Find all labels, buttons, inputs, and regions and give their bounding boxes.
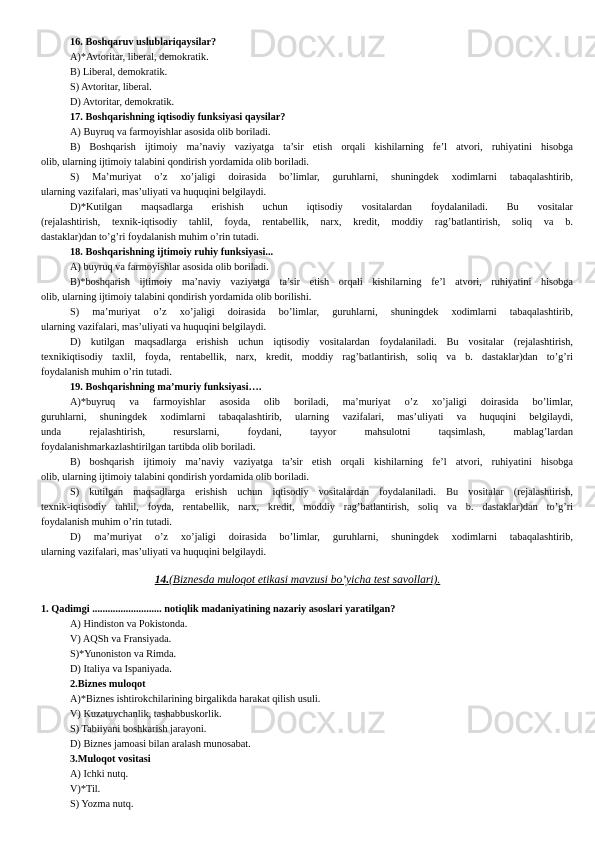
answer-cont: foydalanish muhim o’rin tutadi. [41,367,573,379]
question-3: 3.Muloqot vositasi [70,754,151,766]
answer-cont: texnik-iqtisodiy tahlil, foyda, rentabel… [41,502,573,514]
answer: A) Buyruq va farmoyishlar asosida olib b… [70,127,270,139]
answer-cont: dastaklar)dan to’g’ri foydalanish muhim … [41,232,573,244]
answer: V) Kuzatuvchanlik, tashabbuskorlik. [70,709,222,721]
answer-cont: ularning vazifalari, mas’uliyati va huqu… [41,187,573,199]
answer: D) ma’muriyat o’z xo’jaligi doirasida bo… [41,532,573,544]
question-18: 18. Boshqarishning ijtimoiy ruhiy funksi… [70,247,273,259]
answer-cont: guruhlarni, shuningdek xodimlarni tabaqa… [41,412,573,424]
answer-cont: foydalanish muhim o’rin tutadi. [41,517,573,529]
watermark: Docx.uz [465,700,595,740]
answer: D) Avtoritar, demokratik. [70,97,174,109]
answer: S) Ma’muriyat o’z xo’jaligi doirasida bo… [41,172,573,184]
watermark: Docx.uz [248,700,386,740]
answer: S) Avtoritar, liberal. [70,82,152,94]
answer: D) Biznes jamoasi bilan aralash munosaba… [70,739,251,751]
answer-cont: texnikiqtisodiy taxlil, foyda, rentabell… [41,352,573,364]
watermark: Docx.uz [248,24,386,64]
answer: V) AQSh va Fransiyada. [70,634,171,646]
answer: S) Yozma nutq. [70,799,134,811]
answer: A)*Biznes ishtirokchilarining birgalikda… [70,694,320,706]
answer-cont: unda rejalashtirish, resurslarni, foydan… [41,427,573,439]
question-16: 16. Boshqaruv uslublariqaysilar? [70,37,216,49]
answer-cont: olib, ularning ijtimoiy talabini qondiri… [41,472,573,484]
section-title: 14.(Biznesda muloqot etikasi mavzusi bo’… [0,574,595,586]
section-text: (Biznesda muloqot etikasi mavzusi bo’yic… [169,574,440,586]
answer: S)*Yunoniston va Rimda. [70,649,176,661]
answer: S) kutilgan maqsadlarga erishish uchun i… [41,487,573,499]
answer-cont: (rejalashtirish, texnik-iqtisodiy tahlil… [41,217,573,229]
watermark: Docx.uz [465,24,595,64]
answer-cont: ularning vazifalari, mas’uliyati va huqu… [41,322,573,334]
answer: B) boshqarish ijtimoiy ma’naviy vaziyatg… [41,457,573,469]
answer: A)*buyruq va farmoyishlar asosida olib b… [41,397,573,409]
answer: D) kutilgan maqsadlarga erishish uchun i… [41,337,573,349]
answer: A) Hindiston va Pokistonda. [70,619,187,631]
answer: A) buyruq va farmoyishlar asosida olib b… [70,262,269,274]
answer-cont: foydalanishmarkazlashtirilgan tartibda o… [41,442,573,454]
answer: B)*boshqarish ijtimoiy ma’naviy vaziyatg… [41,277,573,289]
answer: S) Tabiiyani boshkarish jarayoni. [70,724,206,736]
answer: D)*Kutilgan maqsadlarga erishish uchun i… [41,202,573,214]
answer: B) Liberal, demokratik. [70,67,167,79]
answer: D) Italiya va Ispaniyada. [70,664,172,676]
answer-cont: ularning vazifalari, mas’uliyati va huqu… [41,547,573,559]
answer: A)*Avtoritar, liberal, demokratik. [70,52,209,64]
question-19: 19. Boshqarishning ma’muriy funksiyasi…. [70,382,261,394]
question-2: 2.Biznes muloqot [70,679,146,691]
answer: B) Boshqarish ijtimoiy ma’naviy vaziyatg… [41,142,573,154]
question-1: 1. Qadimgi ........................... n… [41,604,395,616]
section-number: 14. [155,574,169,586]
answer: V)*Til. [70,784,100,796]
answer: S) ma’muriyat o’z xo’jaligi doirasida bo… [41,307,573,319]
answer-cont: olib, ularning ijtimoiy talabini qondiri… [41,292,573,304]
question-17: 17. Boshqarishning iqtisodiy funksiyasi … [70,112,285,124]
answer: A) Ichki nutq. [70,769,128,781]
answer-cont: olib, ularning ijtimoiy talabini qondiri… [41,157,573,169]
